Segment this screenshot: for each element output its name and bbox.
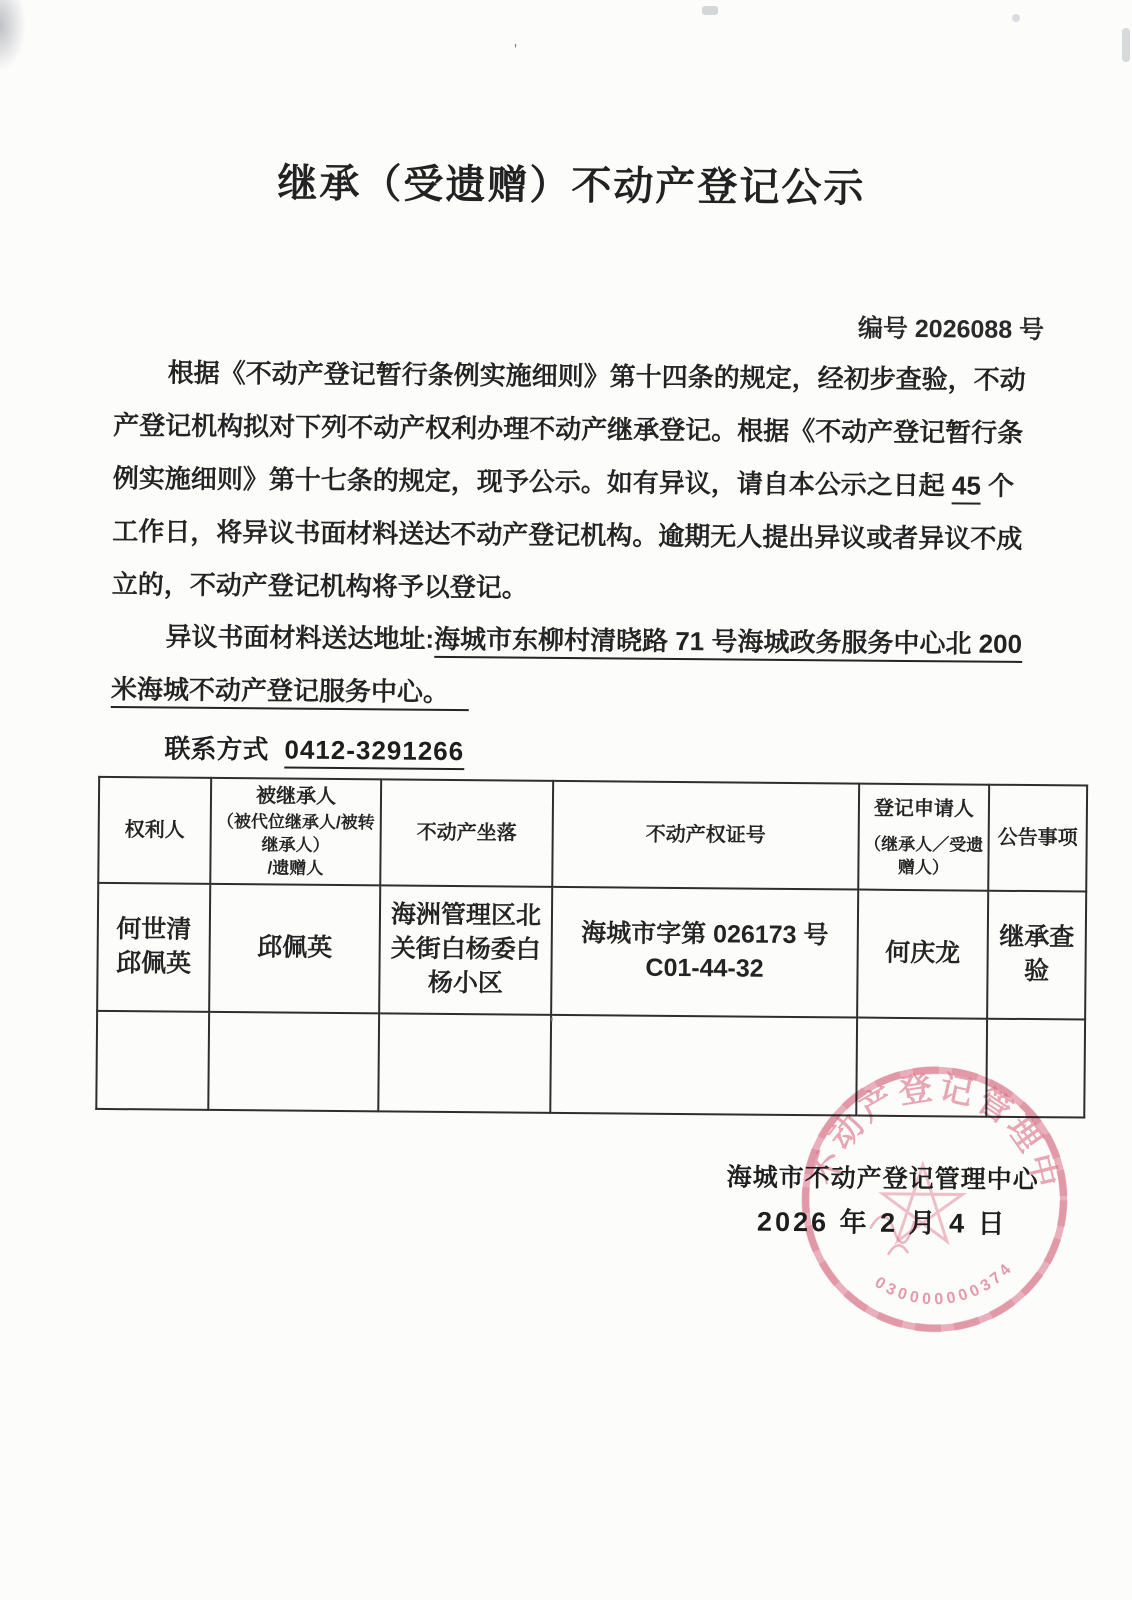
paragraph-line: 工作日，将异议书面材料送达不动产登记机构。逾期无人提出异议或者异议不成: [112, 505, 1057, 566]
paragraph-line: 例实施细则》第十七条的规定，现予公示。如有异议，请自本公示之日起 45 个: [113, 452, 1058, 513]
cell-certificate-number: 海城市字第 026173 号 C01-44-32: [551, 887, 858, 1018]
issuing-organization: 海城市不动产登记管理中心: [713, 1157, 1053, 1196]
header-notice-item: 公告事项: [988, 785, 1087, 892]
header-label: 权利人: [125, 819, 185, 842]
address-label: 异议书面材料送达地址:: [165, 621, 434, 653]
cell-notice-item: 继承查验: [987, 891, 1086, 1020]
contact-line: 联系方式0412-3291266: [110, 728, 464, 768]
certificate-code: C01-44-32: [556, 951, 852, 987]
property-location: 海洲管理区北关街白杨委白杨小区: [391, 901, 542, 997]
decedent-name: 邱佩英: [257, 933, 332, 962]
document-content: 继承（受遗赠）不动产登记公示 编号 2026088 号 根据《不动产登记暂行条例…: [0, 0, 1132, 1600]
header-sublabel: /遗赠人: [215, 857, 375, 881]
scan-artifact: ': [550, 1014, 554, 1035]
header-sublabel: （继承人／受遗赠人）: [863, 833, 983, 880]
main-paragraph: 根据《不动产登记暂行条例实施细则》第十四条的规定，经初步查验，不动 产登记机构拟…: [112, 346, 1059, 619]
header-label: 不动产权证号: [646, 823, 766, 846]
deadline-days: 45: [952, 470, 981, 504]
cell-property-location: 海洲管理区北关街白杨委白杨小区: [379, 885, 552, 1014]
right-holder-name: 邱佩英: [102, 947, 204, 982]
paragraph-line: 立的，不动产登记机构将予以登记。: [112, 558, 1057, 619]
header-label: 被继承人: [256, 785, 336, 808]
header-sublabel: （被代位继承人/被转继承人）: [215, 811, 375, 858]
notice-item: 继承查验: [999, 923, 1074, 985]
cell-applicant: 何庆龙: [857, 890, 988, 1019]
cell-decedent: 邱佩英: [209, 884, 380, 1013]
header-label: 不动产坐落: [417, 821, 517, 844]
page-title: 继承（受遗赠）不动产登记公示: [5, 149, 1132, 216]
empty-cell: [208, 1012, 379, 1111]
contact-label: 联系方式: [110, 733, 268, 764]
applicant-name: 何庆龙: [885, 939, 960, 968]
header-certificate-number: 不动产权证号: [552, 781, 859, 890]
paragraph-line: 米海城不动产登记服务中心。: [111, 663, 1056, 724]
header-applicant: 登记申请人 （继承人／受遗赠人）: [858, 784, 989, 891]
header-decedent: 被继承人 （被代位继承人/被转继承人） /遗赠人: [210, 778, 381, 885]
table-data-row: 何世清 邱佩英 邱佩英 海洲管理区北关街白杨委白杨小区 海城市字第 026173…: [97, 883, 1086, 1020]
scanned-document-page: ' 继承（受遗赠）不动产登记公示 编号 2026088 号 根据《不动产登记暂行…: [0, 0, 1132, 1600]
address-paragraph: 异议书面材料送达地址:海城市东柳村清晓路 71 号海城政务服务中心北 200 米…: [111, 610, 1057, 724]
right-holder-name: 何世清: [103, 913, 205, 948]
header-label: 登记申请人: [874, 797, 974, 820]
delivery-address-line1: 海城市东柳村清晓路 71 号海城政务服务中心北 200: [434, 624, 1022, 663]
empty-cell: [96, 1011, 209, 1110]
cell-right-holder: 何世清 邱佩英: [97, 883, 210, 1012]
signature-block: 海城市不动产登记管理中心 2026 年 2 月 4 日: [712, 1157, 1053, 1241]
paragraph-text: 例实施细则》第十七条的规定，现予公示。如有异议，请自本公示之日起: [113, 463, 952, 500]
table-header-row: 权利人 被继承人 （被代位继承人/被转继承人） /遗赠人 不动产坐落 不动产权证…: [98, 777, 1087, 892]
header-right-holder: 权利人: [98, 777, 211, 884]
issue-date: 2026 年 2 月 4 日: [712, 1199, 1052, 1241]
paragraph-line: 产登记机构拟对下列不动产权利办理不动产继承登记。根据《不动产登记暂行条: [113, 399, 1058, 460]
paragraph-line: 根据《不动产登记暂行条例实施细则》第十四条的规定，经初步查验，不动: [113, 346, 1058, 407]
header-property-location: 不动产坐落: [380, 779, 553, 886]
document-number: 编号 2026088 号: [858, 309, 1045, 347]
header-label: 公告事项: [998, 826, 1078, 849]
paragraph-text: 个: [981, 471, 1014, 501]
empty-cell: [378, 1013, 551, 1112]
paragraph-line: 异议书面材料送达地址:海城市东柳村清晓路 71 号海城政务服务中心北 200: [111, 610, 1056, 671]
certificate-number: 海城市字第 026173 号: [557, 917, 853, 953]
contact-phone: 0412-3291266: [284, 735, 464, 771]
delivery-address-line2: 米海城不动产登记服务中心。: [111, 674, 469, 711]
